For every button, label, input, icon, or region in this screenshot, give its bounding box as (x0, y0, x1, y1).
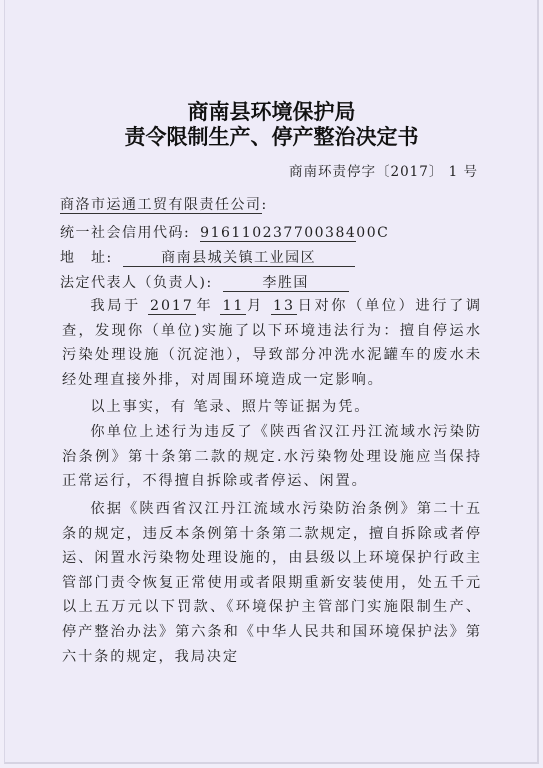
addressee-line: 商洛市运通工贸有限责任公司: (60, 197, 268, 214)
legal-rep-value: 李胜国 (223, 275, 349, 292)
year-unit: 年 (196, 298, 214, 314)
legal-basis-paragraph: 依据《陕西省汉江丹江流域水污染防治条例》第二十五条的规定，违反本条例第十条第二款… (62, 497, 482, 669)
address-line: 地 址: 商南县城关镇工业园区 (60, 247, 355, 267)
credit-code-label: 统一社会信用代码: (60, 225, 190, 241)
address-value: 商南县城关镇工业园区 (123, 250, 355, 267)
legal-rep-label: 法定代表人（负责人): (60, 275, 213, 291)
investigation-month: 11 (220, 298, 246, 315)
legal-representative-line: 法定代表人（负责人): 李胜国 (60, 272, 349, 292)
addressee-colon: : (262, 197, 268, 213)
document-title: 责令限制生产、停产整治决定书 (0, 121, 543, 151)
violation-paragraph: 你单位上述行为违反了《陕西省汉江丹江流域水污染防治条例》第十条第二款的规定.水污… (62, 420, 482, 494)
evidence-paragraph: 以上事实，有 笔录、照片等证据为凭。 (62, 395, 482, 420)
investigation-paragraph: 我局于 2017年 11月 13日对你（单位）进行了调查，发现你（单位)实施了以… (62, 294, 482, 392)
credit-code-value: 91611023770038400C (200, 225, 356, 242)
investigation-day: 13 (271, 298, 297, 315)
address-label: 地 址: (60, 250, 113, 266)
addressee-name: 商洛市运通工贸有限责任公司 (60, 197, 262, 214)
document-number: 商南环责停字〔2017〕 1 号 (289, 160, 478, 180)
investigation-year: 2017 (148, 298, 196, 315)
text-prefix: 我局于 (90, 298, 140, 314)
month-unit: 月 (246, 298, 264, 314)
credit-code-line: 统一社会信用代码: 91611023770038400C (60, 222, 356, 242)
